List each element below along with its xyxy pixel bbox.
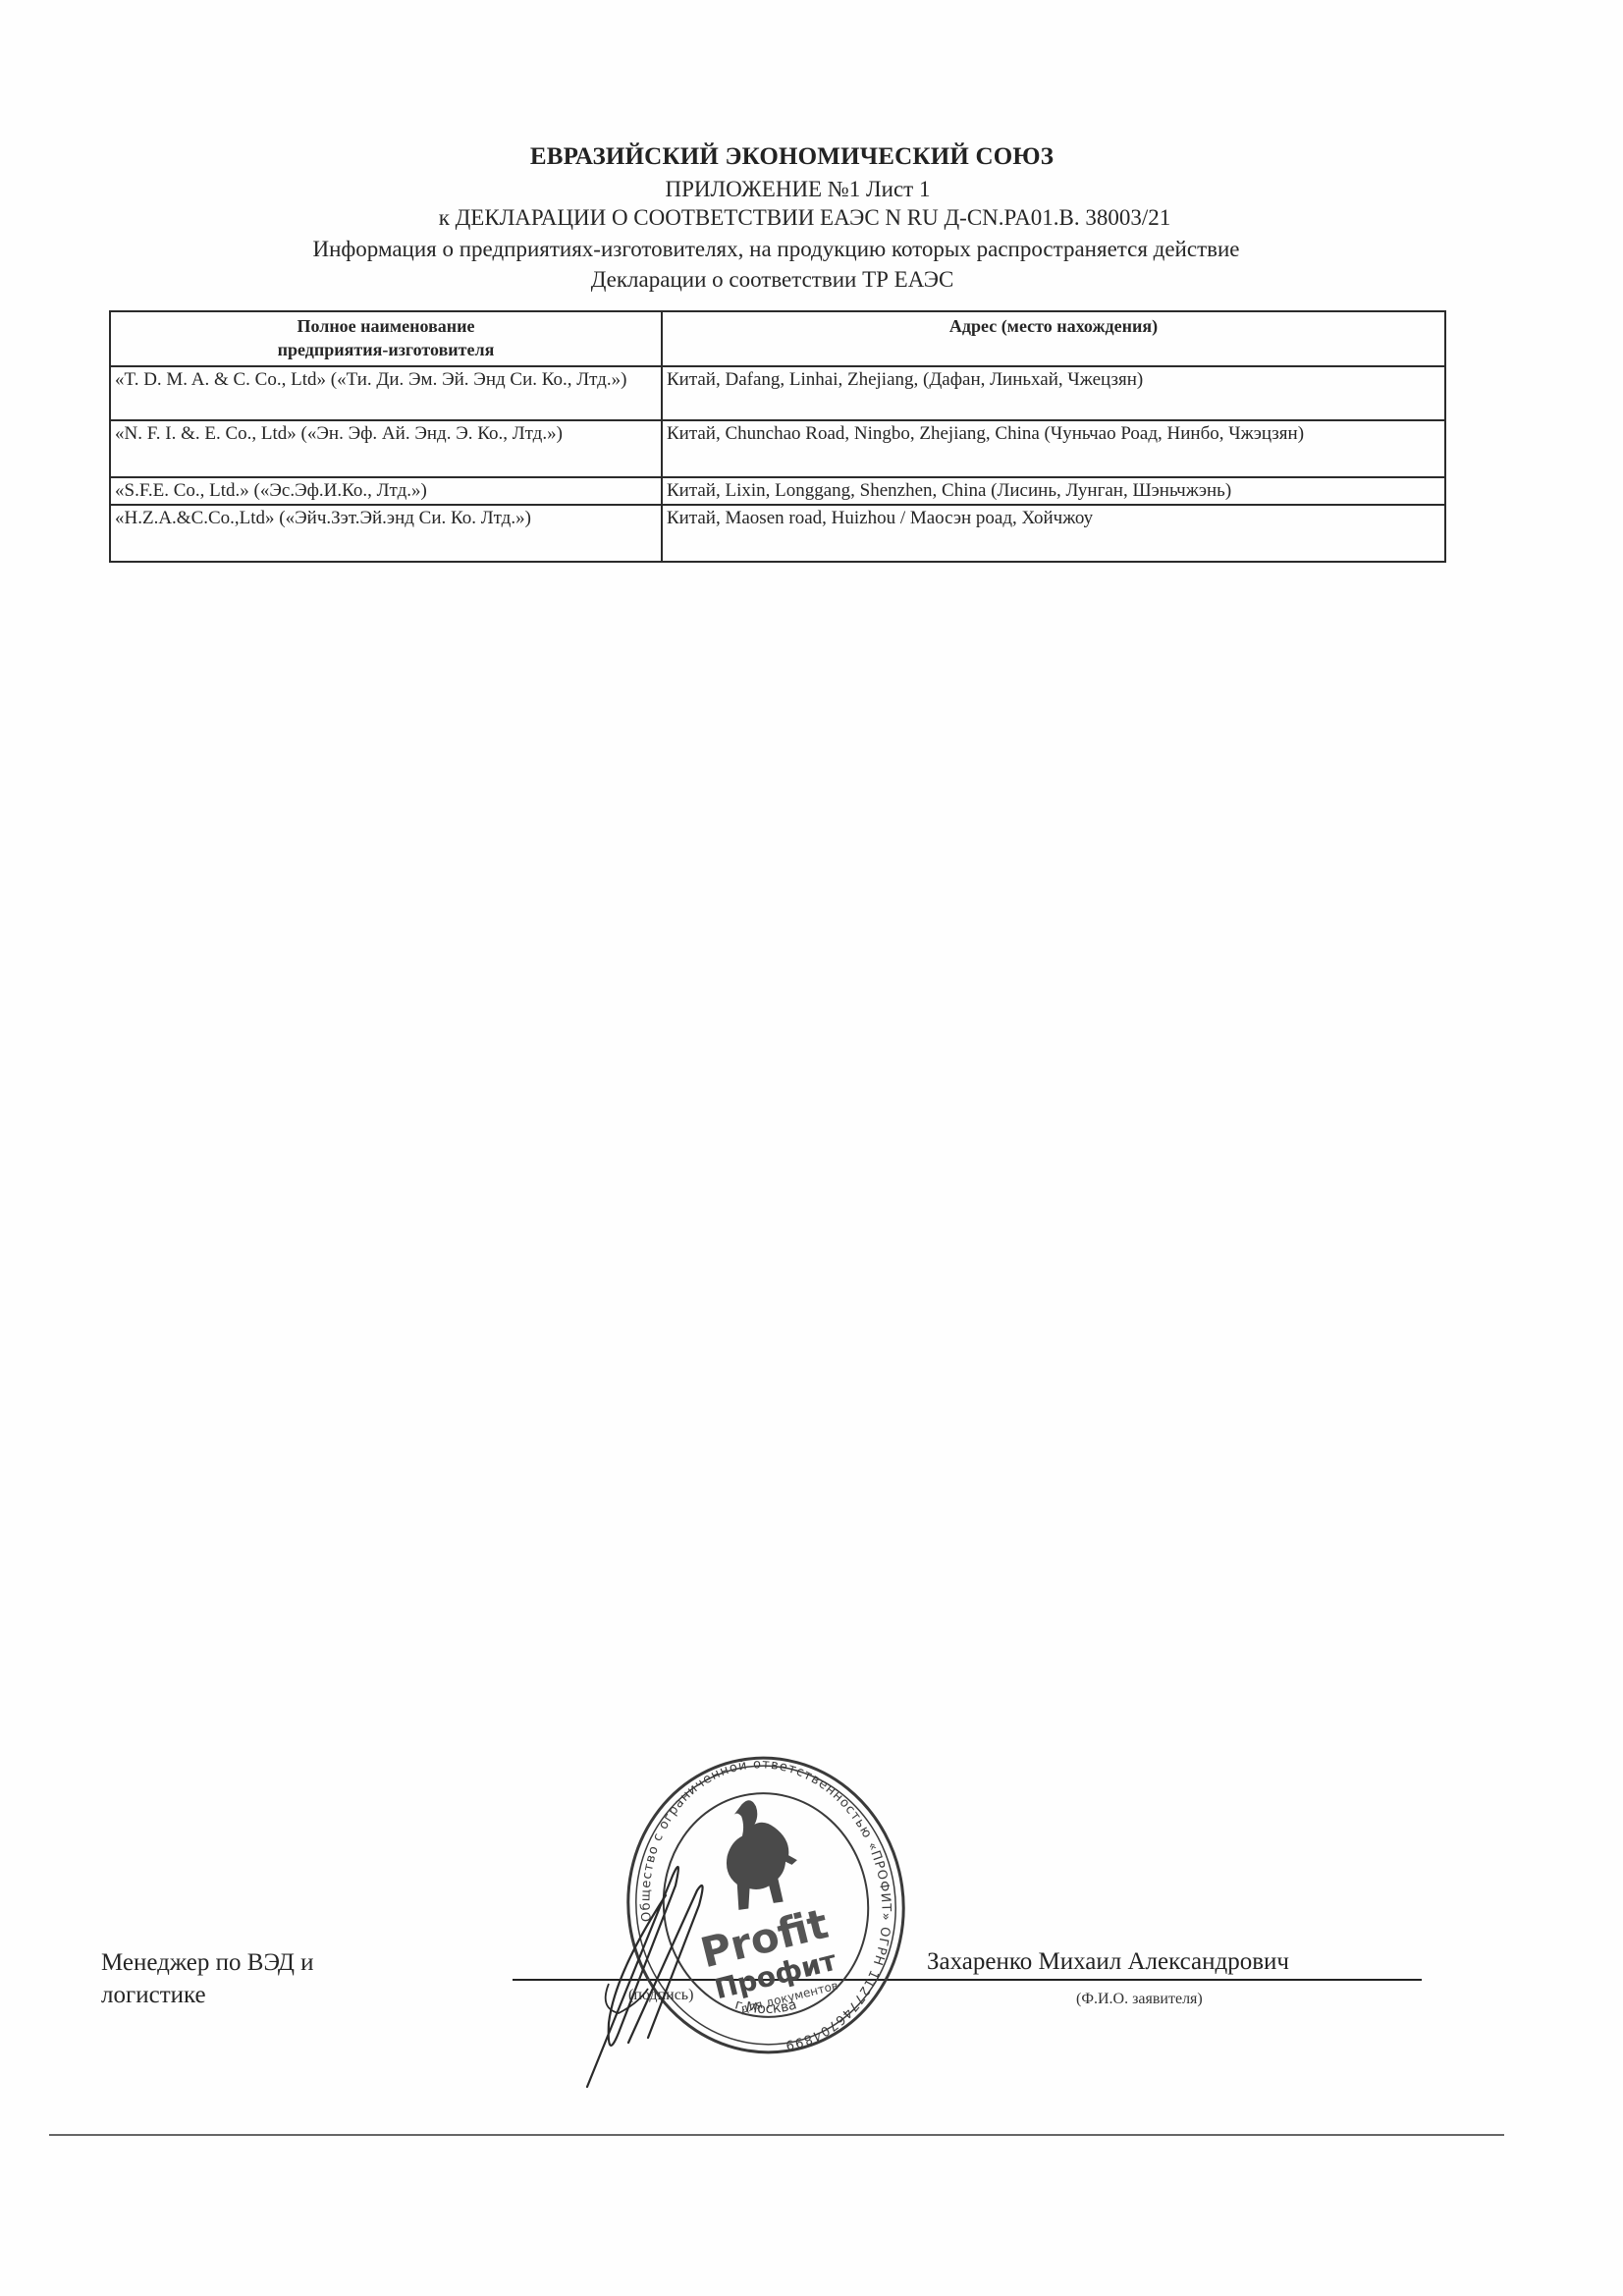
column-header-name-line1: Полное наименование [297, 316, 474, 336]
table-row: «T. D. M. A. & C. Co., Ltd» («Ти. Ди. Эм… [110, 366, 1445, 420]
column-header-name-line2: предприятия-изготовителя [115, 338, 657, 361]
manufacturer-address: Китай, Lixin, Longgang, Shenzhen, China … [662, 477, 1445, 505]
manufacturer-address: Китай, Dafang, Linhai, Zhejiang, (Дафан,… [662, 366, 1445, 420]
handwritten-signature [579, 1836, 776, 2092]
document-page: ЕВРАЗИЙСКИЙ ЭКОНОМИЧЕСКИЙ СОЮЗ ПРИЛОЖЕНИ… [0, 0, 1623, 2296]
manufacturer-name: «H.Z.A.&C.Co.,Ltd» («Эйч.Зэт.Эй.энд Си. … [110, 505, 662, 562]
appendix-title: ПРИЛОЖЕНИЕ №1 Лист 1 [0, 178, 1609, 200]
manufacturer-name: «T. D. M. A. & C. Co., Ltd» («Ти. Ди. Эм… [110, 366, 662, 420]
table-row: «S.F.E. Co., Ltd.» («Эс.Эф.И.Ко., Лтд.»)… [110, 477, 1445, 505]
union-title: ЕВРАЗИЙСКИЙ ЭКОНОМИЧЕСКИЙ СОЮЗ [0, 144, 1603, 169]
info-line-2: Декларации о соответствии ТР ЕАЭС [0, 268, 1584, 291]
manufacturer-address: Китай, Chunchao Road, Ningbo, Zhejiang, … [662, 420, 1445, 477]
table-row: «H.Z.A.&C.Co.,Ltd» («Эйч.Зэт.Эй.энд Си. … [110, 505, 1445, 562]
manufacturers-table: Полное наименование предприятия-изготови… [109, 310, 1446, 563]
declaration-number: к ДЕКЛАРАЦИИ О СООТВЕТСТВИИ ЕАЭС N RU Д-… [0, 206, 1616, 229]
applicant-name: Захаренко Михаил Александрович [927, 1948, 1289, 1976]
signatory-position: Менеджер по ВЭД и логистике [101, 1946, 376, 2011]
column-header-address: Адрес (место нахождения) [662, 311, 1445, 366]
manufacturer-name: «S.F.E. Co., Ltd.» («Эс.Эф.И.Ко., Лтд.») [110, 477, 662, 505]
bottom-divider [49, 2134, 1504, 2136]
manufacturer-address: Китай, Maosen road, Huizhou / Маосэн роа… [662, 505, 1445, 562]
info-line-1: Информация о предприятиях-изготовителях,… [0, 238, 1588, 260]
applicant-caption: (Ф.И.О. заявителя) [1076, 1991, 1203, 2008]
manufacturer-name: «N. F. I. &. E. Co., Ltd» («Эн. Эф. Ай. … [110, 420, 662, 477]
table-header-row: Полное наименование предприятия-изготови… [110, 311, 1445, 366]
table-row: «N. F. I. &. E. Co., Ltd» («Эн. Эф. Ай. … [110, 420, 1445, 477]
column-header-name: Полное наименование предприятия-изготови… [110, 311, 662, 366]
